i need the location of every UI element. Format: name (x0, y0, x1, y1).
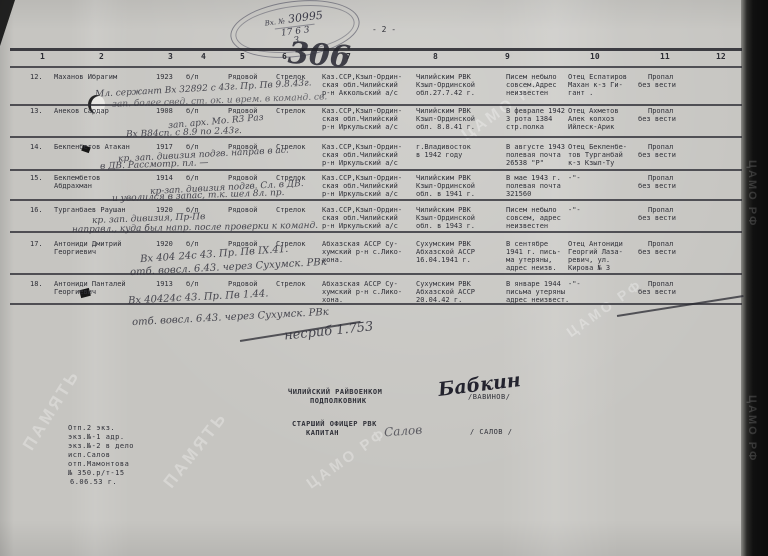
row-number: 16. (30, 206, 54, 214)
cell-address: Каз.ССР,Кзыл-Ордин- ская обл.Чилийский р… (322, 174, 422, 198)
cell-specialty: Стрелок (276, 280, 324, 288)
table-rule (10, 66, 742, 68)
cell-birth-year: 1914 (156, 174, 190, 182)
cell-birth-year: 1908 (156, 107, 190, 115)
cell-specialty: Стрелок (276, 107, 324, 115)
cell-address: Абхазская АССР Су- хумский р-н с.Лико- х… (322, 280, 422, 304)
table-rule (10, 136, 742, 138)
handwritten-note: несриб 1.753 (283, 319, 374, 343)
pen-stroke (617, 295, 744, 317)
row-number: 14. (30, 143, 54, 151)
column-number-3: 3 (168, 52, 173, 61)
cell-drafted-by: Чилийским РВК Кзыл-Ординской обл. в 1943… (416, 206, 500, 230)
column-number-4: 4 (201, 52, 206, 61)
cell-specialty: Стрелок (276, 206, 324, 214)
officer2-title: СТАРШИЙ ОФИЦЕР РВК (292, 420, 377, 429)
row-number: 15. (30, 174, 54, 182)
cell-birth-year: 1923 (156, 73, 190, 81)
column-number-6: 6 (282, 52, 287, 61)
column-number-9: 9 (505, 52, 510, 61)
column-number-8: 8 (433, 52, 438, 61)
torn-corner (0, 0, 15, 46)
cell-conclusion: Пропал без вести (638, 206, 712, 222)
copies-line: экз.№-1 адр. (68, 433, 125, 442)
cell-name: Турганбаев Раушан (54, 206, 166, 214)
column-number-7: 7 (346, 52, 351, 61)
watermark-pamyat: ПАМЯТЬ (160, 408, 232, 492)
officer2-name: / САЛОВ / (470, 428, 512, 437)
column-number-1: 1 (40, 52, 45, 61)
cell-address: Каз.ССР,Кзыл-Ордин- ская обл.Чилийский р… (322, 73, 422, 97)
cell-party: б/п (186, 107, 212, 115)
cell-name: Анеков Сардар (54, 107, 166, 115)
cell-address: Каз.ССР,Кзыл-Ордин- ская обл.Чилийский р… (322, 107, 422, 131)
cell-address: Каз.ССР,Кзыл-Ордин- ская обл.Чилийский р… (322, 143, 422, 167)
row-number: 12. (30, 73, 54, 81)
officer2-signature: Салов (384, 423, 423, 440)
copies-line: отп.Мамонтова (68, 460, 129, 469)
cell-name: Бекпенбетов Атакан (54, 143, 166, 151)
cell-party: б/п (186, 280, 212, 288)
cell-party: б/п (186, 73, 212, 81)
scanned-document-page: ЦАМО РФ ПАМЯТЬ ПАМЯТЬ ЦАМО РФ ЦАМО РФ ЦА… (0, 0, 768, 556)
officer1-rank: ПОДПОЛКОВНИК (310, 397, 367, 406)
cell-birth-year: 1920 (156, 240, 190, 248)
cell-birth-year: 1917 (156, 143, 190, 151)
copies-line: Отп.2 экз. (68, 424, 115, 433)
cell-drafted-by: Чилийским РВК Кзыл-Ординской обл.27.7.42… (416, 73, 500, 97)
cell-party: б/п (186, 174, 212, 182)
copies-line: исп.Салов (68, 451, 110, 460)
cell-conclusion: Пропал без вести (638, 174, 712, 190)
cell-address: Каз.ССР,Кзыл-Ордин- ская обл.Чилийский р… (322, 206, 422, 230)
handwritten-annotation: Вх В84сп. с 8.9 по 2.43г. (126, 126, 242, 140)
scan-edge-strip (741, 0, 768, 556)
column-number-2: 2 (99, 52, 104, 61)
cell-drafted-by: г.Владивосток в 1942 году (416, 143, 500, 159)
cell-rank: Рядовой (228, 280, 280, 288)
page-number: - 2 - (372, 26, 396, 34)
cell-name: Маханов Ибрагим (54, 73, 166, 81)
officer1-title: ЧИЛИЙСКИЙ РАЙВОЕНКОМ (288, 388, 382, 397)
cell-drafted-by: Сухумским РВК Абхазской АССР 16.04.1941 … (416, 240, 500, 264)
column-number-12: 12 (716, 52, 726, 61)
row-number: 17. (30, 240, 54, 248)
officer2-rank: КАПИТАН (306, 429, 339, 438)
row-number: 13. (30, 107, 54, 115)
row-number: 18. (30, 280, 54, 288)
handwritten-folio: 306 (287, 36, 352, 75)
table-rule (10, 273, 742, 275)
column-number-10: 10 (590, 52, 600, 61)
handwritten-annotation: и уволился в запас, т.к. шел 8л. пр. (112, 188, 285, 204)
cell-drafted-by: Чилийским РВК Кзыл-Ординской обл. в 1941… (416, 174, 500, 198)
handwritten-annotation: отб. вовсл. 6.43. через Сухумск. РВк (132, 307, 329, 328)
cell-drafted-by: Сухумским РВК Абхазской АССР 20.04.42 г. (416, 280, 500, 304)
cell-conclusion: Пропал без вести (638, 280, 712, 296)
copies-line: 6.06.53 г. (70, 478, 117, 487)
cell-conclusion: Пропал без вести (638, 73, 712, 89)
cell-party: б/п (186, 240, 212, 248)
cell-conclusion: Пропал без вести (638, 240, 712, 256)
column-number-11: 11 (660, 52, 670, 61)
cell-conclusion: Пропал без вести (638, 143, 712, 159)
cell-birth-year: 1913 (156, 280, 190, 288)
table-rule (10, 48, 742, 51)
copies-line: экз.№-2 в дело (68, 442, 134, 451)
stamp-number-line: Вх. № 30995 (264, 9, 324, 29)
cell-address: Абхазская АССР Су- хумский р-н с.Лико- х… (322, 240, 422, 264)
cell-drafted-by: Чилийским РВК Кзыл-Ординской обл. 8.8.41… (416, 107, 500, 131)
cell-rank: Рядовой (228, 206, 280, 214)
copies-line: № 350.р/т-15 (68, 469, 125, 478)
officer1-name: /ВАВИНОВ/ (468, 393, 510, 402)
column-number-5: 5 (240, 52, 245, 61)
cell-conclusion: Пропал без вести (638, 107, 712, 123)
